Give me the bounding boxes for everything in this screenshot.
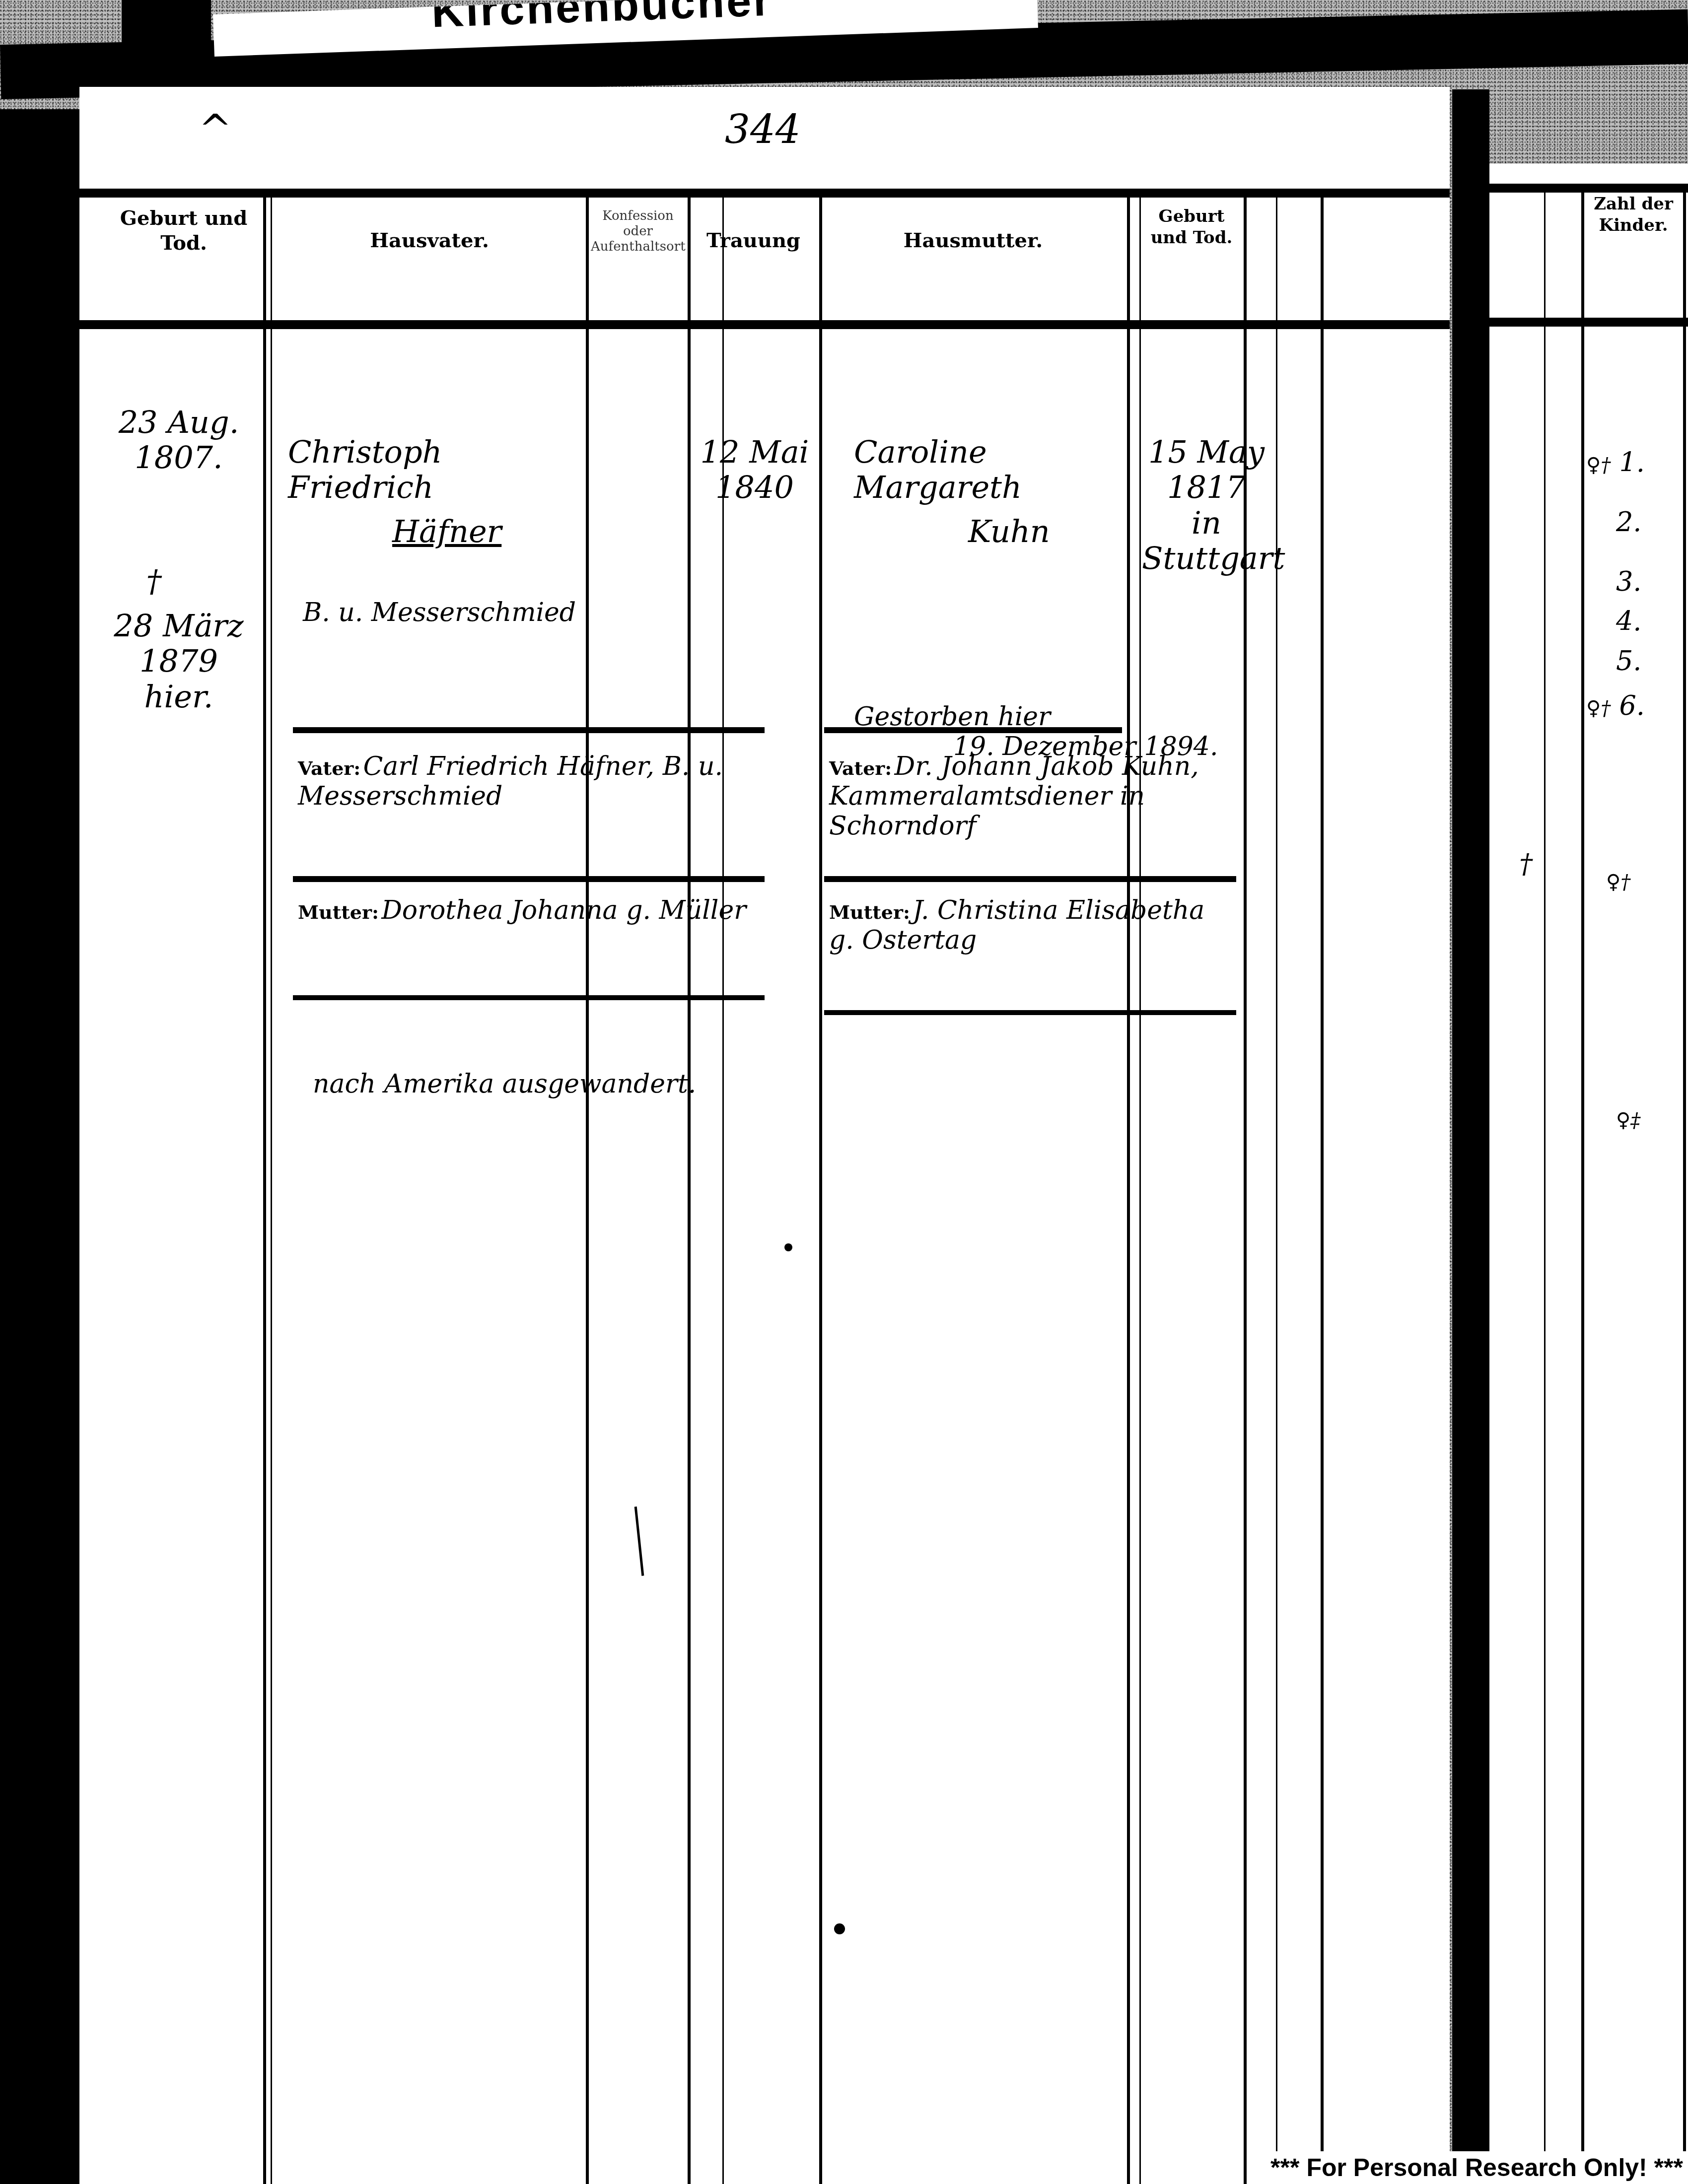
mother-parents-rule-mid [824,876,1236,882]
mother-parents-rule-top [824,727,1122,733]
marriage-day: 12 Mai [685,434,824,470]
child-number: 1. [1619,447,1645,478]
marriage-year: 1840 [685,470,824,505]
ink-stroke [634,1506,644,1576]
father-death-day: 28 März [99,608,258,643]
register-page: ^ 344 Geburt und Tod. Hausvater. Konfess… [79,87,1450,2184]
father-parents-rule-mid [293,876,765,882]
binder-post [122,0,211,60]
mother-birth-in: in [1142,505,1271,541]
father-mutter-value: Dorothea Johanna g. Müller [381,895,746,925]
child-row: 2. [1586,506,1686,566]
header-mother: Hausmutter. [824,228,1122,253]
father-mutter-label: Mutter: [298,901,379,923]
children-col-line-b [1581,184,1584,2184]
mother-parents-rule-bottom [824,1010,1236,1015]
father-parents-rule-top [293,727,765,733]
children-header-top-rule [1489,184,1688,193]
children-page: Zahl der Kinder. ♀† 1. 2. 3. 4. 5. ♀† 6.… [1489,164,1688,2184]
child-number: 6. [1619,690,1645,721]
col-line-1 [263,191,266,2184]
research-watermark: *** For Personal Research Only! *** [1266,2151,1688,2184]
children-header-bottom-rule [1489,318,1688,327]
father-parents-rule-bottom [293,995,765,1000]
child-number: 4. [1616,606,1642,637]
father-birth-year: 1807. [99,440,258,475]
ink-blot [784,1243,792,1251]
ink-blot [834,1923,845,1934]
father-given-names: Christoph Friedrich [288,434,586,505]
header-birth-death: Geburt und Tod. [114,206,253,256]
children-col-line-a [1544,184,1546,2184]
page-number: 344 [725,107,801,152]
child-row: 5. [1586,645,1686,690]
father-vater-value: Carl Friedrich Häfner, B. u. Messerschmi… [298,751,723,811]
header-children: Zahl der Kinder. [1586,194,1681,236]
mother-mutter-label: Mutter: [829,901,910,923]
mother-birth-place: Stuttgart [1142,541,1271,576]
col-line-7 [1321,191,1324,2184]
emigration-note: nach Amerika ausgewandert. [313,1070,710,1099]
mother-birth: 15 May 1817 in Stuttgart [1142,434,1271,576]
child-mark: ♀† [1586,697,1611,720]
child-row: ♀† 6. [1586,690,1686,864]
father-vater-label: Vater: [298,757,360,779]
col-line-5b [1139,191,1141,2184]
father-death-place: hier. [99,679,258,714]
child-number: 3. [1616,566,1642,597]
child-row: 4. [1586,606,1686,645]
father-birth-day: 23 Aug. [99,405,258,440]
col-line-1b [271,191,272,2184]
margin-caret: ^ [199,107,232,152]
father-death-date: 28 März 1879 hier. [99,608,258,714]
father-birth-date: 23 Aug. 1807. [99,405,258,476]
header-father: Hausvater. [273,228,586,253]
scanner-edge-left [0,109,79,2184]
child-mark: ♀† [1606,871,1630,893]
child-row: ♀‡ [1586,1102,1686,1152]
mother-birth-year: 1817 [1142,470,1271,505]
header-marriage: Trauung [690,228,817,253]
child-number: 5. [1616,645,1642,677]
archive-label-text: Kirchenbücher [430,0,773,37]
children-list: ♀† 1. 2. 3. 4. 5. ♀† 6. ♀† ♀‡ [1586,447,1686,1152]
child-row: ♀† 1. [1586,447,1686,506]
marriage-date: 12 Mai 1840 [685,434,824,505]
mother-vater-row: Vater: Dr. Johann Jakob Kuhn, Kammeralam… [829,752,1236,841]
father-death-cross: † [124,563,184,599]
father-occupation: B. u. Messerschmied [303,598,591,628]
mother-vater-label: Vater: [829,757,892,779]
col-line-6b [1276,191,1277,2184]
child-row: 3. [1586,566,1686,606]
mother-birth-day: 15 May [1142,434,1271,470]
header-mother-birth-death: Geburt und Tod. [1142,206,1241,248]
side-death-mark: † [1519,849,1533,880]
col-line-2 [586,191,589,2184]
page-gutter [1452,89,1489,2184]
father-death-year: 1879 [99,643,258,679]
child-number: 2. [1616,506,1642,538]
father-surname: Häfner [392,514,501,549]
child-mark: ♀† [1586,454,1611,477]
child-mark: ♀‡ [1616,1109,1640,1132]
father-mutter-row: Mutter: Dorothea Johanna g. Müller [298,896,760,926]
mother-surname: Kuhn [968,514,1050,549]
header-confession: Konfession oder Aufenthaltsort [591,208,685,255]
child-row: ♀† [1586,864,1686,1102]
mother-given-names: Caroline Margareth [854,434,1132,505]
father-vater-row: Vater: Carl Friedrich Häfner, B. u. Mess… [298,752,770,812]
mother-mutter-row: Mutter: J. Christina Elisabetha g. Oster… [829,896,1236,955]
